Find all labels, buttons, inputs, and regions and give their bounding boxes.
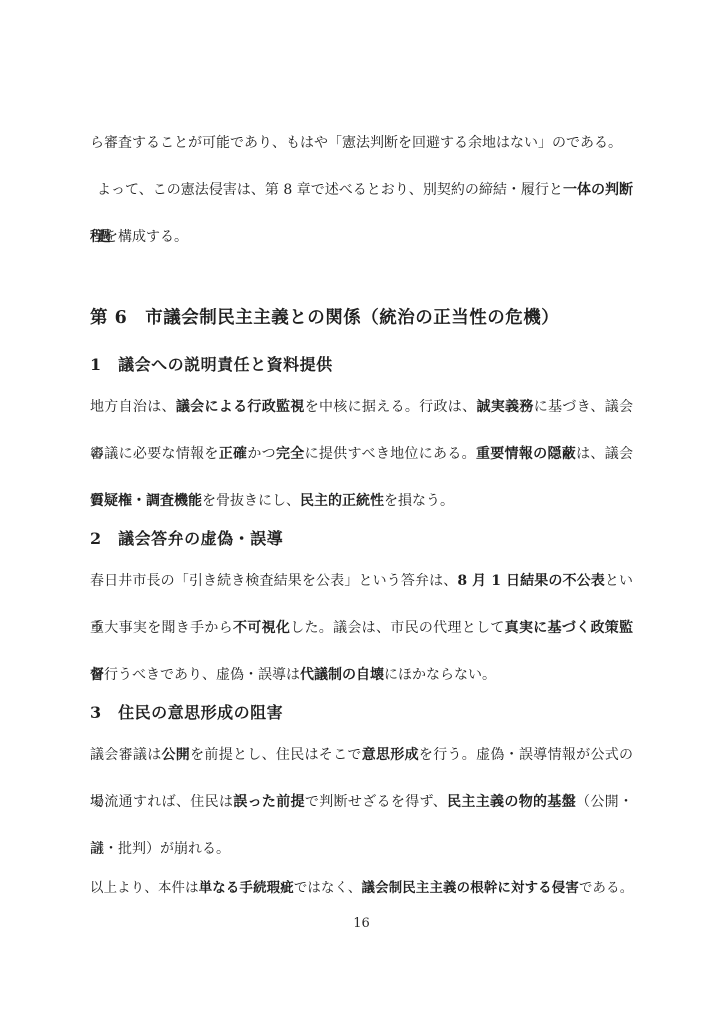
text-line: 地方自治は、議会による行政監視を中核に据える。行政は、誠実義務に基づき、議会の: [90, 384, 633, 431]
text-segment: である。: [579, 881, 633, 896]
text-segment: を行うべきであり、虚偽・誤導は: [90, 667, 300, 683]
bold-text-segment: 完全: [276, 446, 305, 462]
bold-text-segment: 議会制民主主義の根幹に対する侵害: [362, 880, 579, 896]
bold-text-segment: 単なる手続瑕疵: [199, 880, 294, 896]
text-segment: を構成する。: [104, 229, 188, 245]
text-line: 程を構成する。: [90, 214, 633, 261]
bold-text-segment: 重要情報の隠蔽: [476, 446, 576, 462]
section-heading-1: 1 議会への説明責任と資料提供: [90, 351, 633, 379]
text-segment: した。議会は、市民の代理として: [290, 620, 504, 636]
text-segment: 審議に必要な情報を: [90, 446, 219, 462]
section-heading-2: 2 議会答弁の虚偽・誤導: [90, 525, 633, 553]
text-segment: 地方自治は、: [90, 399, 176, 415]
text-segment: 春日井市長の「引き続き検査結果を公表」という答弁は、: [90, 573, 457, 589]
text-segment: で判断せざるを得ず、: [305, 794, 447, 810]
text-line: 春日井市長の「引き続き検査結果を公表」という答弁は、8 月 1 日結果の不公表と…: [90, 558, 633, 605]
text-segment: に提供すべき地位にある。: [305, 446, 476, 462]
text-segment: ら審査することが可能であり、もはや「憲法判断を回避する余地はない」のである。: [90, 135, 622, 151]
text-segment: 議会審議は: [90, 747, 162, 763]
text-segment: 重大事実を聞き手から: [90, 620, 233, 636]
text-segment: 議・批判）が崩れる。: [90, 841, 230, 857]
text-line: 重大事実を聞き手から不可視化した。議会は、市民の代理として真実に基づく政策監督: [90, 605, 633, 652]
text-segment: 以上より、本件は: [90, 881, 199, 896]
section-heading-3: 3 住民の意思形成の阻害: [90, 699, 633, 727]
bold-text-segment: 公開: [162, 747, 191, 763]
text-segment: ではなく、: [294, 881, 362, 896]
document-page: ら審査することが可能であり、もはや「憲法判断を回避する余地はない」のである。よっ…: [0, 0, 724, 1024]
text-line: ら審査することが可能であり、もはや「憲法判断を回避する余地はない」のである。: [90, 120, 633, 167]
bold-text-segment: 意思形成: [362, 747, 419, 763]
bold-text-segment: 民主主義の物的基盤: [447, 794, 576, 810]
text-segment: で流通すれば、住民は: [90, 794, 233, 810]
bold-text-segment: 誠実義務: [476, 399, 533, 415]
chapter-heading: 第 6 市議会制民主主義との関係（統治の正当性の危機）: [90, 303, 633, 333]
text-line: で流通すれば、住民は誤った前提で判断せざるを得ず、民主主義の物的基盤（公開・討: [90, 779, 633, 826]
text-line: 質疑権・調査機能を骨抜きにし、民主的正統性を損なう。: [90, 478, 633, 525]
text-segment: よって、この憲法侵害は、第 8 章で述べるとおり、別契約の締結・履行と: [97, 182, 563, 198]
text-line: よって、この憲法侵害は、第 8 章で述べるとおり、別契約の締結・履行と一体の判断…: [90, 167, 633, 214]
text-segment: を骨抜きにし、: [202, 493, 300, 509]
text-segment: にほかならない。: [384, 667, 496, 683]
text-segment: を前提とし、住民はそこで: [190, 747, 362, 763]
text-line: を行うべきであり、虚偽・誤導は代議制の自壊にほかならない。: [90, 652, 633, 699]
bold-text-segment: 誤った前提: [233, 794, 305, 810]
bold-text-segment: 不可視化: [233, 620, 290, 636]
bold-text-segment: 代議制の自壊: [300, 667, 384, 683]
bold-text-segment: 議会による行政監視: [176, 399, 305, 415]
bold-text-segment: 正確: [219, 446, 248, 462]
text-segment: を損なう。: [384, 493, 454, 509]
bold-text-segment: 質疑権・調査機能: [90, 493, 202, 509]
bold-text-segment: 8 月 1 日結果の不公表: [457, 573, 605, 589]
text-line: 議会審議は公開を前提とし、住民はそこで意思形成を行う。虚偽・誤導情報が公式の場: [90, 732, 633, 779]
text-line: 審議に必要な情報を正確かつ完全に提供すべき地位にある。重要情報の隠蔽は、議会の: [90, 431, 633, 478]
page-number: 16: [90, 914, 633, 934]
text-line: 以上より、本件は単なる手続瑕疵ではなく、議会制民主主義の根幹に対する侵害である。: [90, 865, 633, 912]
bold-text-segment: 程: [90, 229, 104, 245]
bold-text-segment: 民主的正統性: [300, 493, 384, 509]
page-content: ら審査することが可能であり、もはや「憲法判断を回避する余地はない」のである。よっ…: [90, 120, 633, 912]
text-segment: を中核に据える。行政は、: [305, 399, 477, 415]
text-segment: かつ: [247, 446, 276, 462]
